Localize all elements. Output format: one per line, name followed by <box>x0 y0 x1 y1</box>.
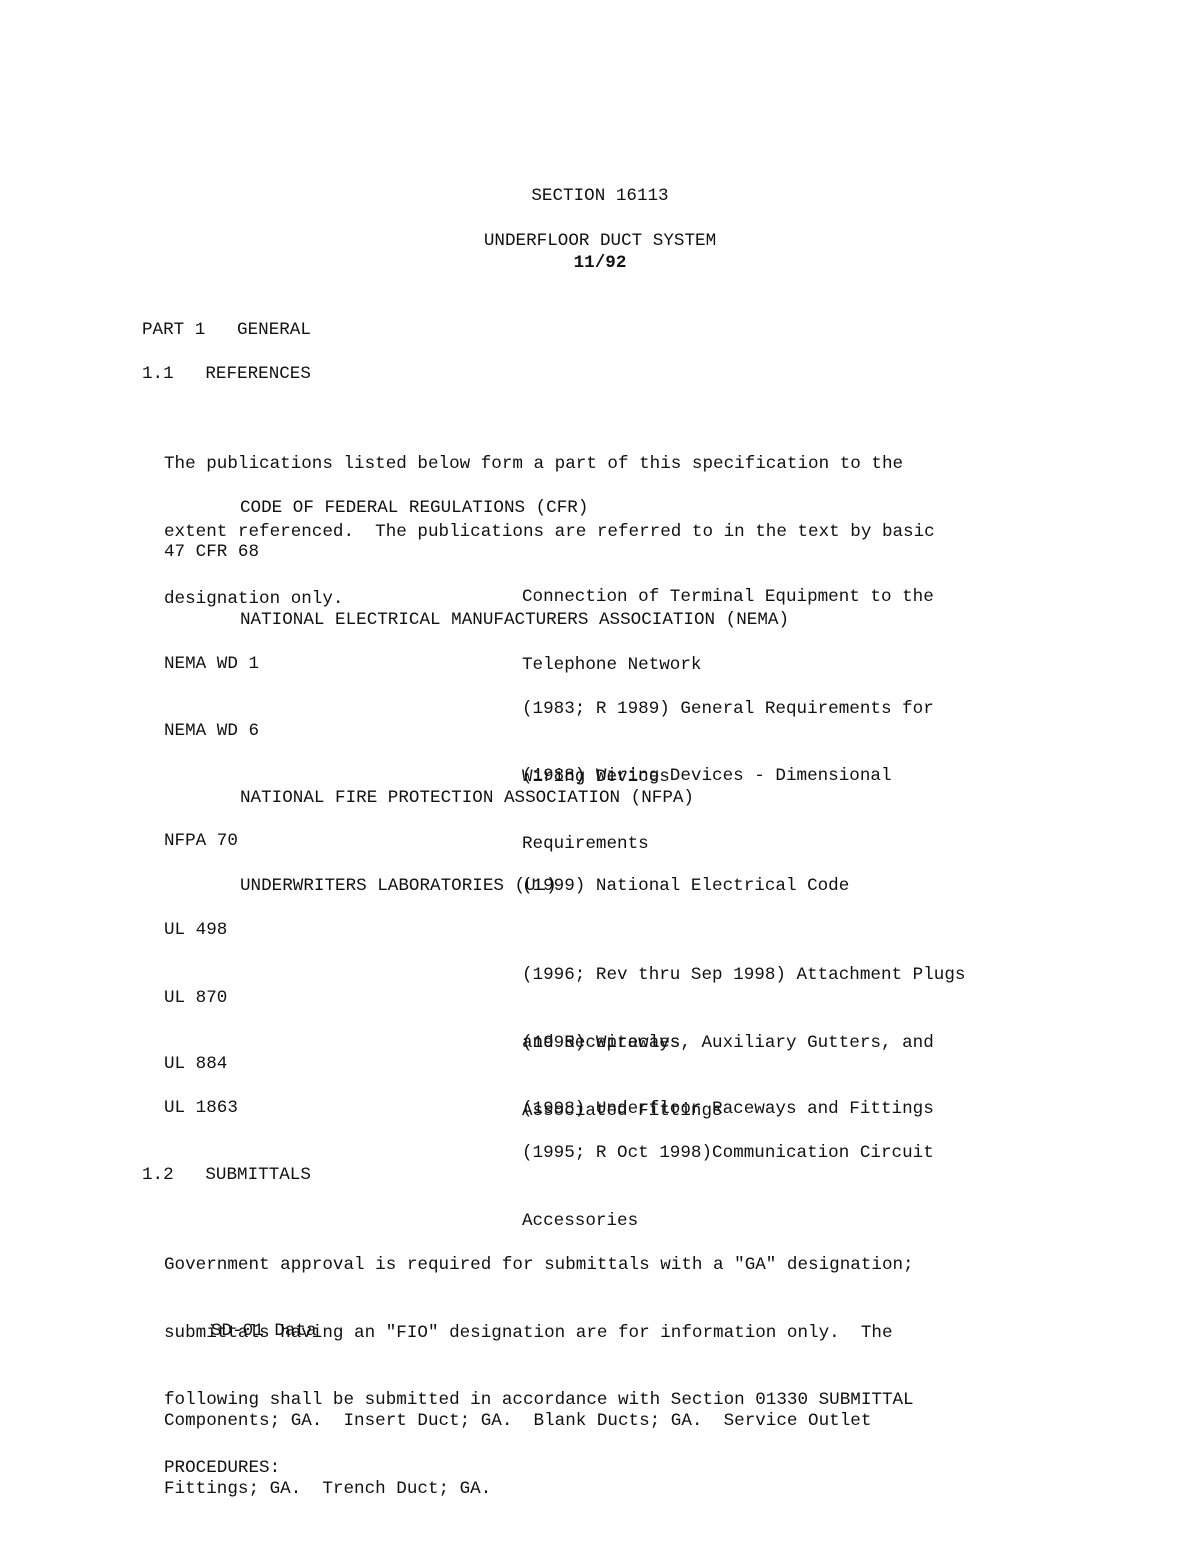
section-title: UNDERFLOOR DUCT SYSTEM <box>0 230 1200 252</box>
submittal-items-line: Fittings; GA. Trench Duct; GA. <box>164 1478 871 1501</box>
submittal-items-line: Components; GA. Insert Duct; GA. Blank D… <box>164 1410 871 1433</box>
references-intro-line: extent referenced. The publications are … <box>164 521 935 544</box>
reference-code: 47 CFR 68 <box>164 541 259 563</box>
reference-code: NFPA 70 <box>164 830 238 852</box>
org-heading-nfpa: NATIONAL FIRE PROTECTION ASSOCIATION (NF… <box>240 787 694 809</box>
org-heading-ul: UNDERWRITERS LABORATORIES (UL) <box>240 875 557 897</box>
submittals-heading: 1.2 SUBMITTALS <box>142 1164 311 1186</box>
reference-description-line: (1995) Wireways, Auxiliary Gutters, and <box>522 1032 934 1055</box>
sd-data-label: SD-01 Data <box>211 1320 317 1342</box>
references-intro-line: The publications listed below form a par… <box>164 453 935 476</box>
references-heading: 1.1 REFERENCES <box>142 363 311 385</box>
document-page: SECTION 16113 UNDERFLOOR DUCT SYSTEM 11/… <box>0 0 1200 1553</box>
reference-code: UL 498 <box>164 919 227 941</box>
reference-description-line: (1995; R Oct 1998)Communication Circuit <box>522 1142 934 1165</box>
reference-code: NEMA WD 1 <box>164 653 259 675</box>
reference-description-line: Connection of Terminal Equipment to the <box>522 586 934 609</box>
submittals-intro-line: Government approval is required for subm… <box>164 1254 914 1277</box>
reference-code: NEMA WD 6 <box>164 720 259 742</box>
section-date: 11/92 <box>0 252 1200 274</box>
reference-code: UL 884 <box>164 1053 227 1075</box>
reference-code: UL 870 <box>164 987 227 1009</box>
reference-description-line: (1999) National Electrical Code <box>522 875 849 898</box>
submittal-items: Components; GA. Insert Duct; GA. Blank D… <box>164 1365 871 1545</box>
reference-description-line: (1996; Rev thru Sep 1998) Attachment Plu… <box>522 964 965 987</box>
reference-description-line: (1988) Wiring Devices - Dimensional <box>522 765 892 788</box>
section-number: SECTION 16113 <box>0 185 1200 207</box>
part-heading: PART 1 GENERAL <box>142 319 311 341</box>
org-heading-cfr: CODE OF FEDERAL REGULATIONS (CFR) <box>240 497 588 519</box>
reference-code: UL 1863 <box>164 1097 238 1119</box>
reference-description-line: (1983; R 1989) General Requirements for <box>522 698 934 721</box>
org-heading-nema: NATIONAL ELECTRICAL MANUFACTURERS ASSOCI… <box>240 609 789 631</box>
